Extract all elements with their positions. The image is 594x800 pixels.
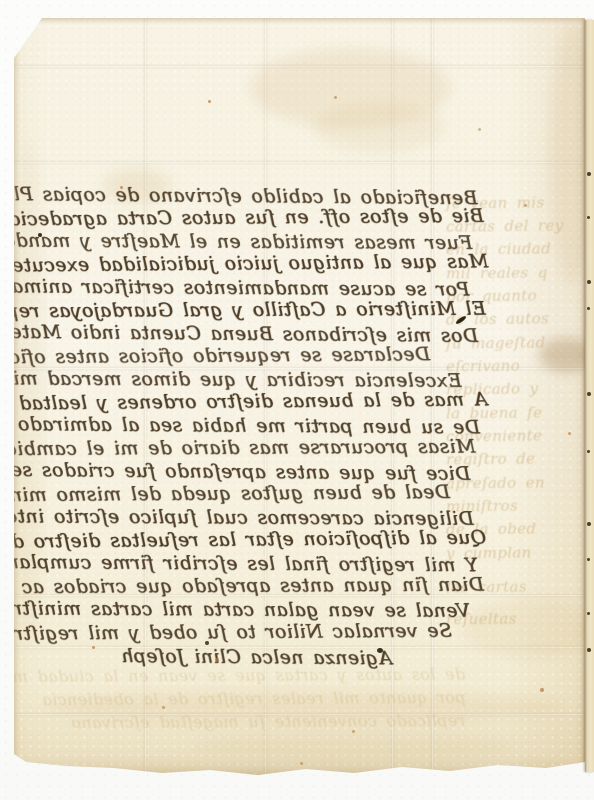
letter-page: ſe vean miscartas del reyen la ciudadmil… bbox=[14, 18, 585, 775]
ink-speck bbox=[587, 648, 591, 652]
ink-speck bbox=[587, 450, 590, 453]
ink-speck bbox=[587, 558, 590, 561]
edge-shading bbox=[14, 18, 585, 775]
ink-speck bbox=[587, 172, 591, 176]
ink-speck bbox=[587, 307, 590, 310]
ink-speck bbox=[587, 280, 591, 284]
ink-speck bbox=[587, 216, 590, 219]
ink-speck bbox=[587, 392, 591, 396]
ink-speck bbox=[587, 612, 590, 615]
ink-speck bbox=[587, 522, 591, 526]
adjacent-page-edge bbox=[585, 20, 594, 772]
